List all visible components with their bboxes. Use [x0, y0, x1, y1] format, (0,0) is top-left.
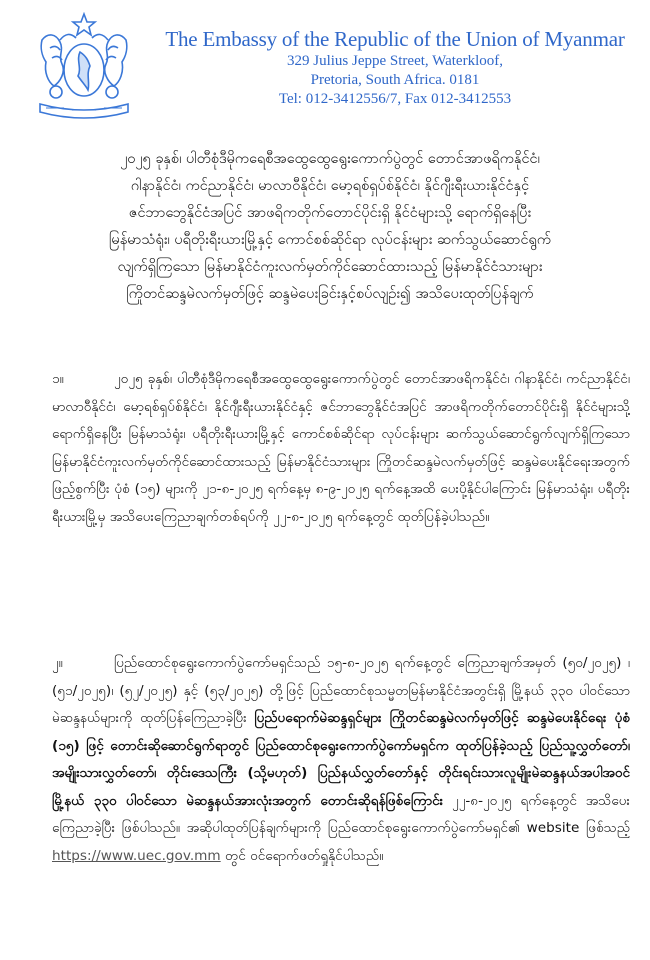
embassy-title: The Embassy of the Republic of the Union… [150, 26, 640, 52]
paragraph-text: ၂၀၂၅ ခုနှစ်၊ ပါတီစုံဒီမိုကရေစီအထွေထွေရွေ… [52, 371, 630, 525]
address-line-1: 329 Julius Jeppe Street, Waterkloof, [150, 52, 640, 71]
title-line: ကြိုတင်ဆန္ဒမဲလက်မှတ်ဖြင့် ဆန္ဒမဲပေးခြင်း… [40, 281, 620, 308]
paragraph-2: ၂။ပြည်ထောင်စုရွေးကောက်ပွဲကော်မရှင်သည် ၁၅… [52, 650, 630, 870]
document-title: ၂၀၂၅ ခုနှစ်၊ ပါတီစုံဒီမိုကရေစီအထွေထွေရွေ… [40, 146, 620, 308]
contact-line: Tel: 012-3412556/7, Fax 012-3412553 [150, 90, 640, 109]
paragraph-number: ၁။ [52, 366, 114, 394]
title-line: ၂၀၂၅ ခုနှစ်၊ ပါတီစုံဒီမိုကရေစီအထွေထွေရွေ… [40, 146, 620, 173]
paragraph-text: တွင် ဝင်ရောက်ဖတ်ရှုနိုင်ပါသည်။ [221, 848, 384, 864]
title-line: မြန်မာသံရုံး၊ ပရီတိုးရီးယားမြို့နှင့် ကေ… [40, 227, 620, 254]
paragraph-1: ၁။၂၀၂၅ ခုနှစ်၊ ပါတီစုံဒီမိုကရေစီအထွေထွေရ… [52, 366, 630, 531]
embassy-header: The Embassy of the Republic of the Union… [150, 26, 640, 109]
letterhead: The Embassy of the Republic of the Union… [0, 0, 650, 125]
paragraph-number: ၂။ [52, 650, 114, 678]
address-line-2: Pretoria, South Africa. 0181 [150, 71, 640, 90]
uec-website-link[interactable]: https://www.uec.gov.mm [52, 848, 221, 864]
title-line: ဇင်ဘာဘွေနိုင်ငံအပြင် အာဖရိကတိုက်တောင်ပို… [40, 200, 620, 227]
state-seal-emblem-icon [36, 12, 132, 120]
title-line: ဂါနာနိုင်ငံ၊ ကင်ညာနိုင်ငံ၊ မာလာဝီနိုင်ငံ… [40, 173, 620, 200]
title-line: လျက်ရှိကြသော မြန်မာနိုင်ငံကူးလက်မှတ်ကိုင… [40, 254, 620, 281]
